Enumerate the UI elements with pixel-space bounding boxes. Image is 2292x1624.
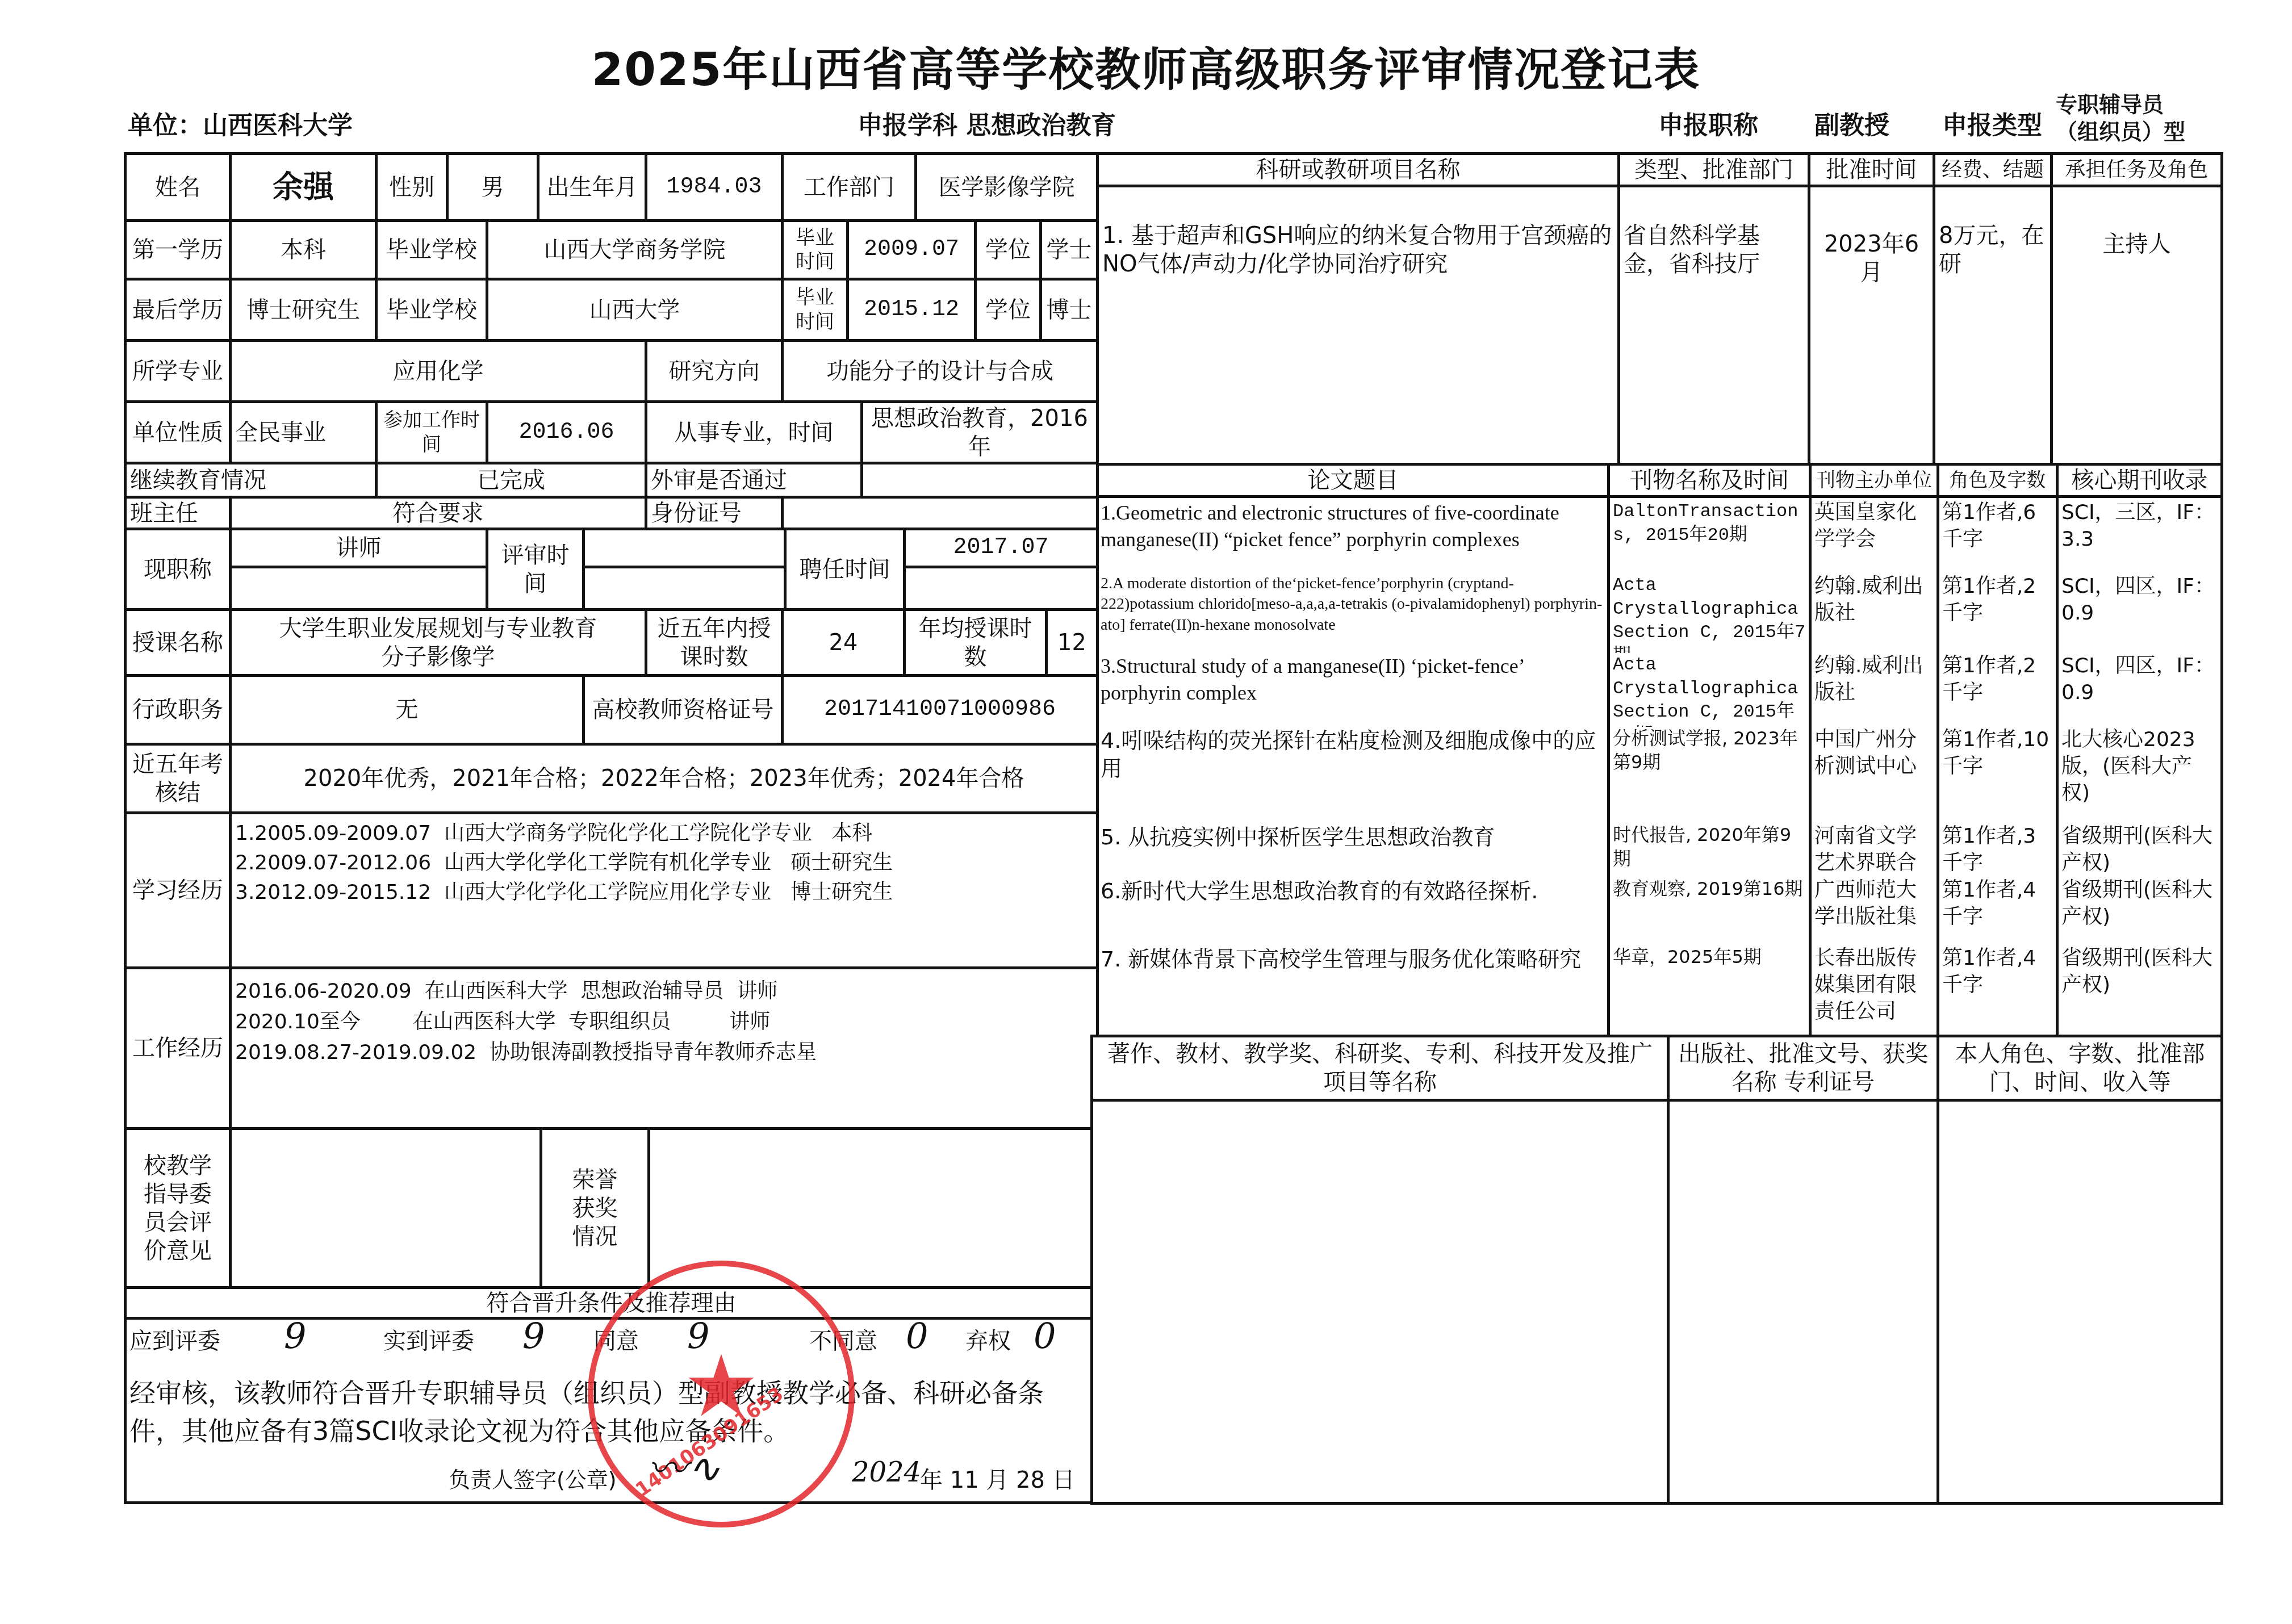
name-value: 余强 <box>229 152 378 222</box>
agree-value: 9 <box>687 1315 709 1357</box>
study-history-list: 1.2005.09-2009.07 山西大学商务学院化学化工学院化学专业 本科 … <box>229 811 1099 969</box>
first-degree-value: 学士 <box>1039 219 1099 281</box>
last-degree-value: 博士 <box>1039 278 1099 342</box>
study-history-label: 学习经历 <box>124 811 232 969</box>
paper-publisher: 广西师范大学出版社集 <box>1814 877 1937 945</box>
research-value: 功能分子的设计与合成 <box>781 339 1099 403</box>
paper-title: 7. 新媒体背景下高校学生管理与服务优化策略研究 <box>1101 945 1606 1036</box>
study-history-item: 1.2005.09-2009.07 山西大学商务学院化学化工学院化学专业 本科 <box>235 819 872 848</box>
work-history-list: 2016.06-2020.09 在山西医科大学 思想政治辅导员 讲师 2020.… <box>229 966 1099 1130</box>
works-header-name: 著作、教材、教学奖、科研奖、专利、科技开发及推广项目等名称 <box>1090 1035 1670 1102</box>
paper-index: 省级期刊(医科大产权) <box>2061 945 2220 1036</box>
review-time-label: 评审时间 <box>486 528 585 611</box>
subject-field: 申报学科 思想政治教育 <box>858 105 1116 141</box>
hire-time-value: 2017.07 <box>903 528 1099 568</box>
work-start-value: 2016.06 <box>486 400 647 464</box>
title-label: 申报职称 <box>1658 105 1758 141</box>
work-history-item: 2019.08.27-2019.09.02 协助银涛副教授指导青年教师乔志星 <box>235 1037 817 1068</box>
head-teacher-label: 班主任 <box>124 496 232 530</box>
papers-header-index: 核心期刊收录 <box>2056 463 2223 498</box>
recommendation-header: 符合晋升条件及推荐理由 <box>124 1286 1099 1320</box>
paper-title: 2.A moderate distortion of the‘picket-fe… <box>1101 574 1606 653</box>
title-value: 副教授 <box>1814 105 1889 141</box>
abstain-label: 弃权 <box>965 1323 1011 1355</box>
honors-label: 荣誉获奖情况 <box>539 1127 650 1289</box>
date-text: 年 11 月 28 日 <box>920 1462 1075 1495</box>
type-value-line1: 专职辅导员 <box>2056 91 2185 118</box>
first-school-label: 毕业学校 <box>375 219 488 281</box>
subject-value: 思想政治教育 <box>966 111 1116 140</box>
abstain-value: 0 <box>1034 1315 1056 1357</box>
last-degree-label: 学位 <box>974 278 1042 342</box>
current-title-value-2 <box>229 566 488 611</box>
works-col-name <box>1090 1099 1670 1505</box>
profession-value: 思想政治教育，2016年 <box>860 400 1099 464</box>
birth-value: 1984.03 <box>645 152 784 222</box>
paper-index: SCI，三区，IF：3.3 <box>2061 500 2220 574</box>
disagree-value: 0 <box>906 1315 928 1357</box>
paper-title: 6.新时代大学生思想政治教育的有效路径探析. <box>1101 877 1606 945</box>
work-history-item: 2016.06-2020.09 在山西医科大学 思想政治辅导员 讲师 <box>235 976 777 1007</box>
last-edu-label: 最后学历 <box>124 278 232 342</box>
opinion-value <box>229 1127 542 1289</box>
paper-publisher: 河南省文学艺术界联合 <box>1814 823 1937 877</box>
project-type: 省自然科学基金，省科技厅 <box>1617 185 1810 466</box>
review-time-value-2 <box>582 566 787 611</box>
admin-label: 行政职务 <box>124 674 232 746</box>
work-history-label: 工作经历 <box>124 966 232 1130</box>
paper-role: 第1作者,6千字 <box>1942 500 2056 574</box>
papers-header-publisher: 刊物主办单位 <box>1809 463 1939 498</box>
first-edu-value: 本科 <box>229 219 378 281</box>
paper-title: 1.Geometric and electronic structures of… <box>1101 500 1606 574</box>
opinion-label: 校教学指导委员会评价意见 <box>124 1127 232 1289</box>
gender-value: 男 <box>446 152 539 222</box>
paper-role: 第1作者,4千字 <box>1942 945 2056 1036</box>
project-funding: 8万元，在研 <box>1933 185 2053 466</box>
project-time: 2023年6月 <box>1808 185 1935 466</box>
works-header-role: 本人角色、字数、批准部门、时间、收入等 <box>1937 1035 2223 1102</box>
paper-index: 北大核心2023版，(医科大产权) <box>2061 727 2220 823</box>
expected-label: 应到评委 <box>129 1323 220 1355</box>
paper-index: 省级期刊(医科大产权) <box>2061 823 2220 877</box>
course-1: 大学生职业发展规划与专业教育 <box>279 614 597 643</box>
projects-header-time: 批准时间 <box>1808 152 1935 187</box>
ext-review-value <box>860 462 1099 499</box>
papers-header-role: 角色及字数 <box>1937 463 2059 498</box>
annual-hours-label: 年均授课时数 <box>903 608 1048 677</box>
paper-publisher: 英国皇家化学学会 <box>1814 500 1937 574</box>
work-start-label: 参加工作时间 <box>375 400 488 464</box>
assessment-label: 近五年考核结 <box>124 743 232 814</box>
works-col-publisher <box>1667 1099 1939 1505</box>
study-history-item: 3.2012.09-2015.12 山西大学化学化工学院应用化学专业 博士研究生 <box>235 878 893 907</box>
work-history-item: 2020.10至今 在山西医科大学 专职组织员 讲师 <box>235 1007 770 1037</box>
projects-header-type: 类型、批准部门 <box>1617 152 1810 187</box>
paper-index: SCI，四区，IF：0.9 <box>2061 574 2220 653</box>
paper-role: 第1作者,4千字 <box>1942 877 2056 945</box>
present-label: 实到评委 <box>383 1323 474 1355</box>
five-year-hours-value: 24 <box>781 608 906 677</box>
paper-publisher: 长春出版传媒集团有限责任公司 <box>1814 945 1937 1036</box>
annual-hours-value: 12 <box>1045 608 1099 677</box>
expected-value: 9 <box>284 1315 306 1357</box>
cont-edu-label: 继续教育情况 <box>124 462 378 499</box>
subject-label: 申报学科 <box>858 111 957 140</box>
paper-publisher: 约翰.威利出版社 <box>1814 574 1937 653</box>
first-school-value: 山西大学商务学院 <box>486 219 784 281</box>
paper-role: 第1作者,2千字 <box>1942 574 2056 653</box>
paper-journal: 教育观察, 2019第16期 <box>1613 877 1809 945</box>
paper-index: 省级期刊(医科大产权) <box>2061 877 2220 945</box>
project-name: 1. 基于超声和GSH响应的纳米复合物用于宫颈癌的NO气体/声动力/化学协同治疗… <box>1096 185 1620 466</box>
paper-role: 第1作者,3千字 <box>1942 823 2056 877</box>
date-year: 2024 <box>852 1456 921 1488</box>
course-label: 授课名称 <box>124 608 232 677</box>
paper-title: 4.吲哚结构的荧光探针在粘度检测及细胞成像中的应用 <box>1101 727 1606 823</box>
current-title-label: 现职称 <box>124 528 232 611</box>
current-title-value: 讲师 <box>229 528 488 568</box>
major-value: 应用化学 <box>229 339 647 403</box>
paper-publisher: 约翰.威利出版社 <box>1814 653 1937 727</box>
admin-value: 无 <box>229 674 585 746</box>
paper-journal: Acta Crystallographica Section C, 2015年7… <box>1613 574 1809 653</box>
last-grad-time-value: 2015.12 <box>846 278 977 342</box>
disagree-label: 不同意 <box>809 1323 877 1355</box>
id-label: 身份证号 <box>645 496 784 530</box>
first-grad-time-value: 2009.07 <box>846 219 977 281</box>
works-header-publisher: 出版社、批准文号、获奖名称 专利证号 <box>1667 1035 1939 1102</box>
five-year-hours-label: 近五年内授课时数 <box>645 608 784 677</box>
last-school-value: 山西大学 <box>486 278 784 342</box>
name-label: 姓名 <box>124 152 232 222</box>
major-label: 所学专业 <box>124 339 232 403</box>
projects-header-role: 承担任务及角色 <box>2050 152 2223 187</box>
head-teacher-value: 符合要求 <box>229 496 647 530</box>
research-label: 研究方向 <box>645 339 784 403</box>
papers-header-journal: 刊物名称及时间 <box>1607 463 1812 498</box>
cert-value: 20171410071000986 <box>781 674 1099 746</box>
recommendation-text: 经审核，该教师符合晋升专职辅导员（组织员）型副教授教学必备、科研必备条件，其他应… <box>129 1374 1095 1450</box>
review-time-value <box>582 528 787 568</box>
gender-label: 性别 <box>375 152 449 222</box>
signature: 〰∿ <box>647 1437 721 1494</box>
honors-value <box>647 1127 1099 1289</box>
dept-value: 医学影像学院 <box>914 152 1099 222</box>
dept-label: 工作部门 <box>781 152 917 222</box>
cert-label: 高校教师资格证号 <box>582 674 784 746</box>
papers-header-title: 论文题目 <box>1096 463 1610 498</box>
agree-label: 同意 <box>593 1323 639 1355</box>
form-title: 2025年山西省高等学校教师高级职务评审情况登记表 <box>0 33 2292 98</box>
paper-title: 5. 从抗疫实例中探析医学生思想政治教育 <box>1101 823 1606 877</box>
unit-type-label: 单位性质 <box>124 400 232 464</box>
assessment-value: 2020年优秀，2021年合格；2022年合格；2023年优秀；2024年合格 <box>229 743 1099 814</box>
first-degree-label: 学位 <box>974 219 1042 281</box>
paper-journal: 时代报告, 2020年第9期 <box>1613 823 1809 877</box>
sign-label: 负责人签字(公章) <box>449 1462 617 1493</box>
last-school-label: 毕业学校 <box>375 278 488 342</box>
ext-review-label: 外审是否通过 <box>645 462 863 499</box>
first-grad-time-label: 毕业时间 <box>781 219 849 281</box>
last-edu-value: 博士研究生 <box>229 278 378 342</box>
hire-time-label: 聘任时间 <box>784 528 906 611</box>
course-value: 大学生职业发展规划与专业教育 分子影像学 <box>229 608 647 677</box>
birth-label: 出生年月 <box>537 152 647 222</box>
unit-type-value: 全民事业 <box>229 400 378 464</box>
paper-role: 第1作者,10千字 <box>1942 727 2056 823</box>
course-2: 分子影像学 <box>382 643 495 671</box>
id-value <box>781 496 1099 530</box>
projects-header-funding: 经费、结题 <box>1933 152 2053 187</box>
last-grad-time-label: 毕业时间 <box>781 278 849 342</box>
paper-index: SCI，四区，IF：0.9 <box>2061 653 2220 727</box>
paper-journal: 华章，2025年5期 <box>1613 945 1809 1036</box>
cont-edu-value: 已完成 <box>375 462 647 499</box>
study-history-item: 2.2009.07-2012.06 山西大学化学化工学院有机化学专业 硕士研究生 <box>235 848 893 878</box>
hire-time-value-2 <box>903 566 1099 611</box>
unit-label: 单位：山西医科大学 <box>128 105 353 141</box>
type-value-line2: （组织员）型 <box>2056 118 2185 145</box>
first-edu-label: 第一学历 <box>124 219 232 281</box>
paper-role: 第1作者,2千字 <box>1942 653 2056 727</box>
project-role: 主持人 <box>2050 185 2223 466</box>
paper-title: 3.Structural study of a manganese(II) ‘p… <box>1101 653 1606 727</box>
paper-publisher: 中国广州分析测试中心 <box>1814 727 1937 823</box>
profession-label: 从事专业，时间 <box>645 400 863 464</box>
present-value: 9 <box>522 1315 545 1357</box>
type-label: 申报类型 <box>1942 105 2042 141</box>
paper-journal: 分析测试学报, 2023年第9期 <box>1613 727 1809 823</box>
type-value: 专职辅导员 （组织员）型 <box>2056 91 2185 145</box>
paper-journal: Acta Crystallographica Section C, 2015年1… <box>1613 653 1809 727</box>
projects-header-name: 科研或教研项目名称 <box>1096 152 1620 187</box>
paper-journal: DaltonTransactions, 2015年20期 <box>1613 500 1809 574</box>
works-col-role <box>1937 1099 2223 1505</box>
